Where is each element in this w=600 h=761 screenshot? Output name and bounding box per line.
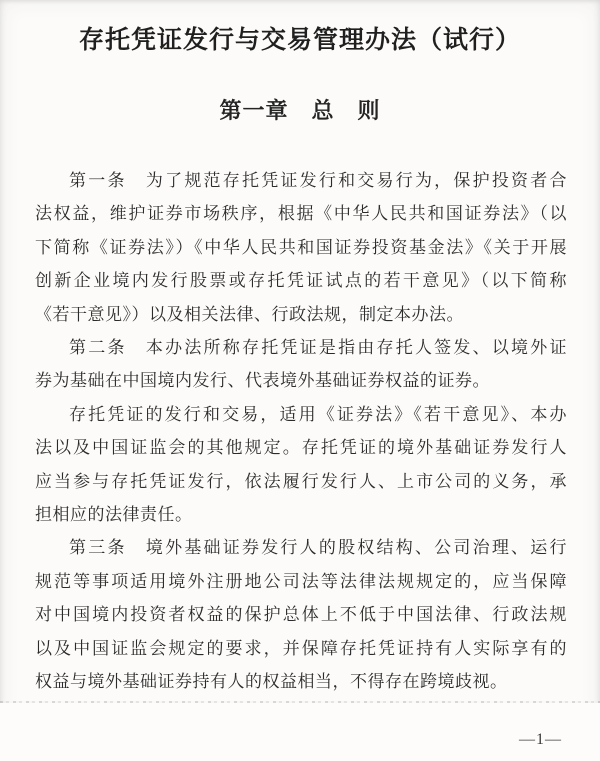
scanned-document-page: 存托凭证发行与交易管理办法（试行） 第一章 总 则 第一条 为了规范存托凭证发行… [0,0,600,761]
body-line: 法权益，维护证券市场秩序，根据《中华人民共和国证券法》（以 [35,197,567,230]
body-line: 第二条 本办法所称存托凭证是指由存托人签发、以境外证 [35,331,567,364]
body-line: 第一条 为了规范存托凭证发行和交易行为，保护投资者合 [35,164,567,197]
body-line: 以及中国证监会规定的要求，并保障存托凭证持有人实际享有的 [35,632,567,665]
body-line: 权益与境外基础证券持有人的权益相当，不得存在跨境歧视。 [35,665,567,698]
document-title: 存托凭证发行与交易管理办法（试行） [0,0,600,58]
page-footer-strip [0,703,600,761]
body-line: 创新企业境内发行股票或存托凭证试点的若干意见》（以下简称 [35,264,567,297]
body-line: 第三条 境外基础证券发行人的股权结构、公司治理、运行 [35,531,567,564]
document-body: 第一条 为了规范存托凭证发行和交易行为，保护投资者合 法权益，维护证券市场秩序，… [35,164,567,699]
chapter-heading: 第一章 总 则 [0,98,600,124]
body-line: 《若干意见》）以及相关法律、行政法规，制定本办法。 [35,298,567,331]
body-line: 规范等事项适用境外注册地公司法等法律法规规定的，应当保障 [35,565,567,598]
body-line: 对中国境内投资者权益的保护总体上不低于中国法律、行政法规 [35,598,567,631]
body-line: 法以及中国证监会的其他规定。存托凭证的境外基础证券发行人 [35,431,567,464]
body-line: 券为基础在中国境内发行、代表境外基础证券权益的证券。 [35,364,567,397]
body-line: 应当参与存托凭证发行，依法履行发行人、上市公司的义务，承 [35,465,567,498]
body-line: 存托凭证的发行和交易，适用《证券法》《若干意见》、本办 [35,398,567,431]
body-line: 担相应的法律责任。 [35,498,567,531]
body-line: 下简称《证券法》）《中华人民共和国证券投资基金法》《关于开展 [35,231,567,264]
page-number: —1— [519,731,562,749]
